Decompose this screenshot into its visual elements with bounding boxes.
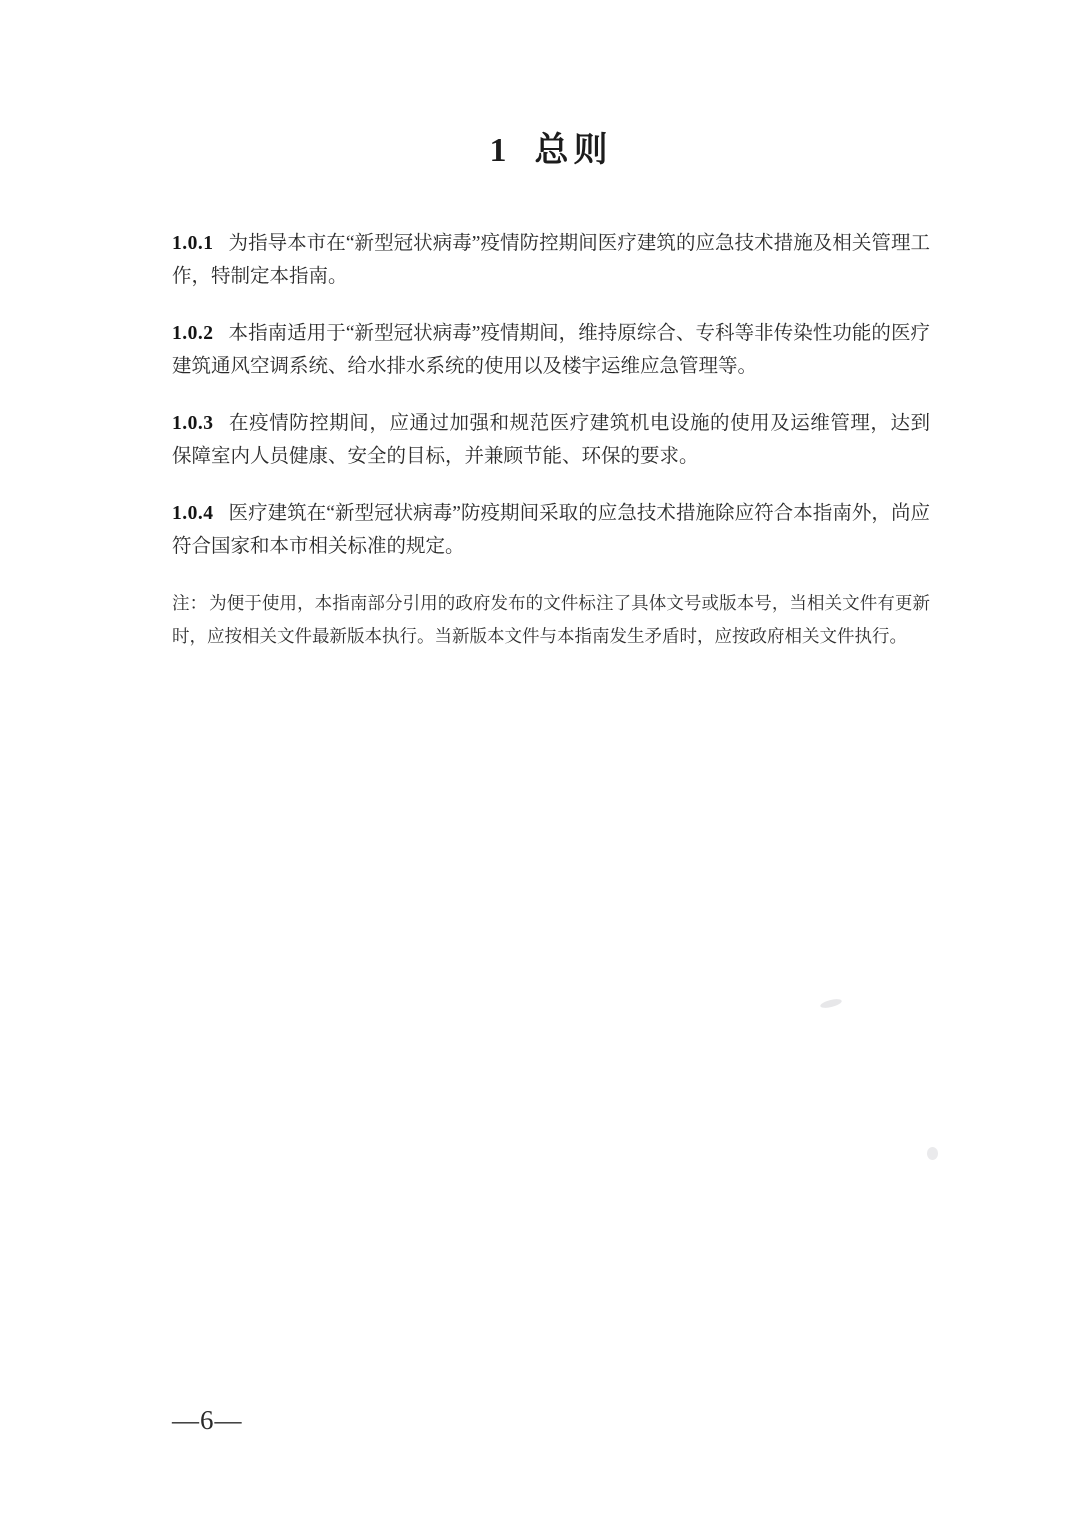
clause-text: 为指导本市在“新型冠状病毒”疫情防控期间医疗建筑的应急技术措施及相关管理工作，特…	[172, 233, 930, 287]
chapter-title: 1总则	[172, 0, 930, 171]
clause-text: 本指南适用于“新型冠状病毒”疫情期间，维持原综合、专科等非传染性功能的医疗建筑通…	[172, 323, 930, 377]
scan-smudge	[927, 1147, 938, 1160]
note-text: 为便于使用，本指南部分引用的政府发布的文件标注了具体文号或版本号，当相关文件有更…	[172, 593, 930, 646]
page-number: —6—	[172, 1405, 243, 1436]
clause-number: 1.0.4	[172, 503, 214, 524]
clause-number: 1.0.2	[172, 323, 214, 344]
scan-smudge	[819, 997, 842, 1009]
chapter-name: 总则	[535, 122, 613, 171]
clause-text: 医疗建筑在“新型冠状病毒”防疫期间采取的应急技术措施除应符合本指南外，尚应符合国…	[172, 503, 930, 557]
clause-number: 1.0.1	[172, 233, 214, 254]
page-content: 1总则 1.0.1为指导本市在“新型冠状病毒”疫情防控期间医疗建筑的应急技术措施…	[172, 0, 930, 653]
clause-number: 1.0.3	[172, 413, 214, 434]
chapter-number: 1	[490, 132, 509, 170]
clause-1-0-3: 1.0.3在疫情防控期间，应通过加强和规范医疗建筑机电设施的使用及运维管理，达到…	[172, 407, 930, 473]
clause-1-0-4: 1.0.4医疗建筑在“新型冠状病毒”防疫期间采取的应急技术措施除应符合本指南外，…	[172, 497, 930, 563]
clause-text: 在疫情防控期间，应通过加强和规范医疗建筑机电设施的使用及运维管理，达到保障室内人…	[172, 413, 930, 467]
document-page: 1总则 1.0.1为指导本市在“新型冠状病毒”疫情防控期间医疗建筑的应急技术措施…	[0, 0, 1080, 1525]
clause-1-0-1: 1.0.1为指导本市在“新型冠状病毒”疫情防控期间医疗建筑的应急技术措施及相关管…	[172, 227, 930, 293]
clause-1-0-2: 1.0.2本指南适用于“新型冠状病毒”疫情期间，维持原综合、专科等非传染性功能的…	[172, 317, 930, 383]
clause-list: 1.0.1为指导本市在“新型冠状病毒”疫情防控期间医疗建筑的应急技术措施及相关管…	[172, 227, 930, 653]
note-paragraph: 注：为便于使用，本指南部分引用的政府发布的文件标注了具体文号或版本号，当相关文件…	[172, 587, 930, 653]
note-label: 注：	[172, 593, 207, 613]
